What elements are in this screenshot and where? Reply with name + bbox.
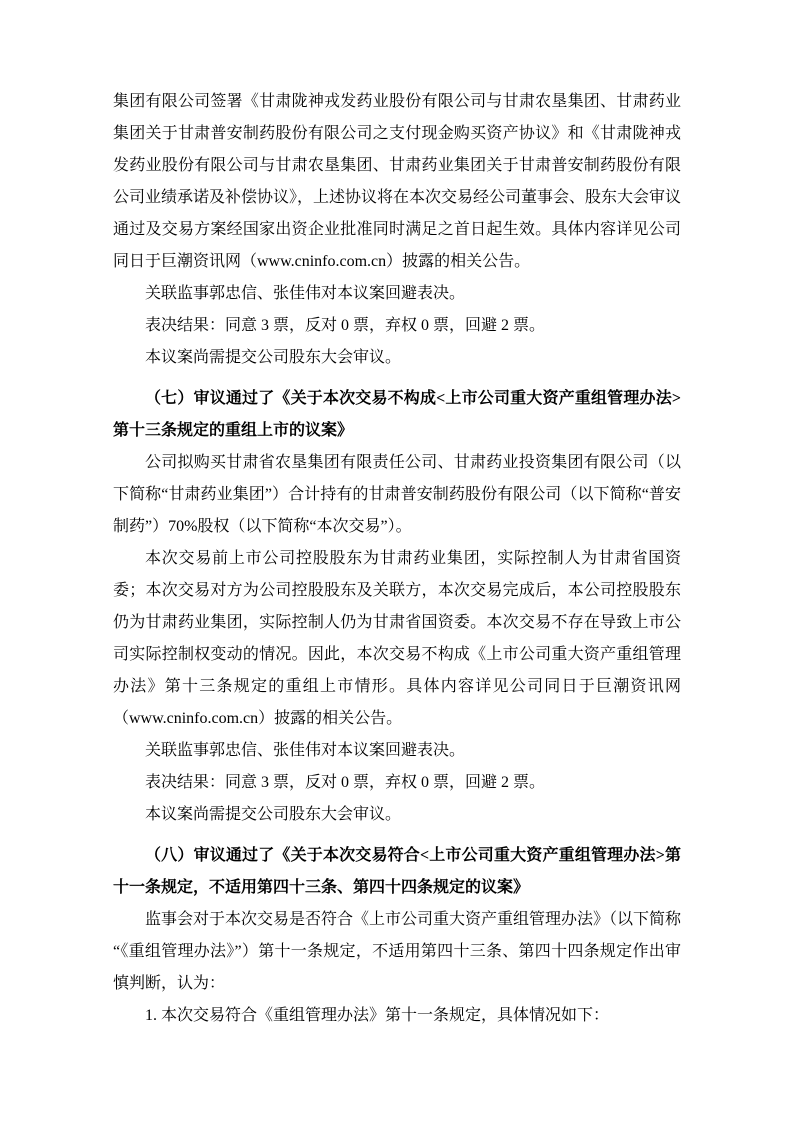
paragraph-supervisory-judgement: 监事会对于本次交易是否符合《上市公司重大资产重组管理办法》（以下简称“《重组管理… <box>113 904 681 1000</box>
document-page: 集团有限公司签署《甘肃陇神戎发药业股份有限公司与甘肃农垦集团、甘肃药业集团关于甘… <box>0 0 793 1122</box>
paragraph-agreement-continuation: 集团有限公司签署《甘肃陇神戎发药业股份有限公司与甘肃农垦集团、甘肃药业集团关于甘… <box>113 86 681 278</box>
paragraph-submit-note-item7: 本议案尚需提交公司股东大会审议。 <box>113 799 681 831</box>
paragraph-recusal-note-prev: 关联监事郭忠信、张佳伟对本议案回避表决。 <box>113 278 681 310</box>
paragraph-submit-note-prev: 本议案尚需提交公司股东大会审议。 <box>113 342 681 374</box>
paragraph-compliance-item1: 1. 本次交易符合《重组管理办法》第十一条规定，具体情况如下： <box>113 1000 681 1032</box>
paragraph-vote-result-prev: 表决结果：同意 3 票，反对 0 票，弃权 0 票，回避 2 票。 <box>113 310 681 342</box>
paragraph-transaction-description: 公司拟购买甘肃省农垦集团有限责任公司、甘肃药业投资集团有限公司（以下简称“甘肃药… <box>113 447 681 543</box>
section-heading-item7: （七）审议通过了《关于本次交易不构成<上市公司重大资产重组管理办法>第十三条规定… <box>113 383 681 447</box>
paragraph-recusal-note-item7: 关联监事郭忠信、张佳伟对本议案回避表决。 <box>113 735 681 767</box>
paragraph-vote-result-item7: 表决结果：同意 3 票，反对 0 票，弃权 0 票，回避 2 票。 <box>113 767 681 799</box>
section-heading-item8: （八）审议通过了《关于本次交易符合<上市公司重大资产重组管理办法>第十一条规定，… <box>113 840 681 904</box>
paragraph-control-analysis: 本次交易前上市公司控股股东为甘肃药业集团，实际控制人为甘肃省国资委；本次交易对方… <box>113 543 681 735</box>
